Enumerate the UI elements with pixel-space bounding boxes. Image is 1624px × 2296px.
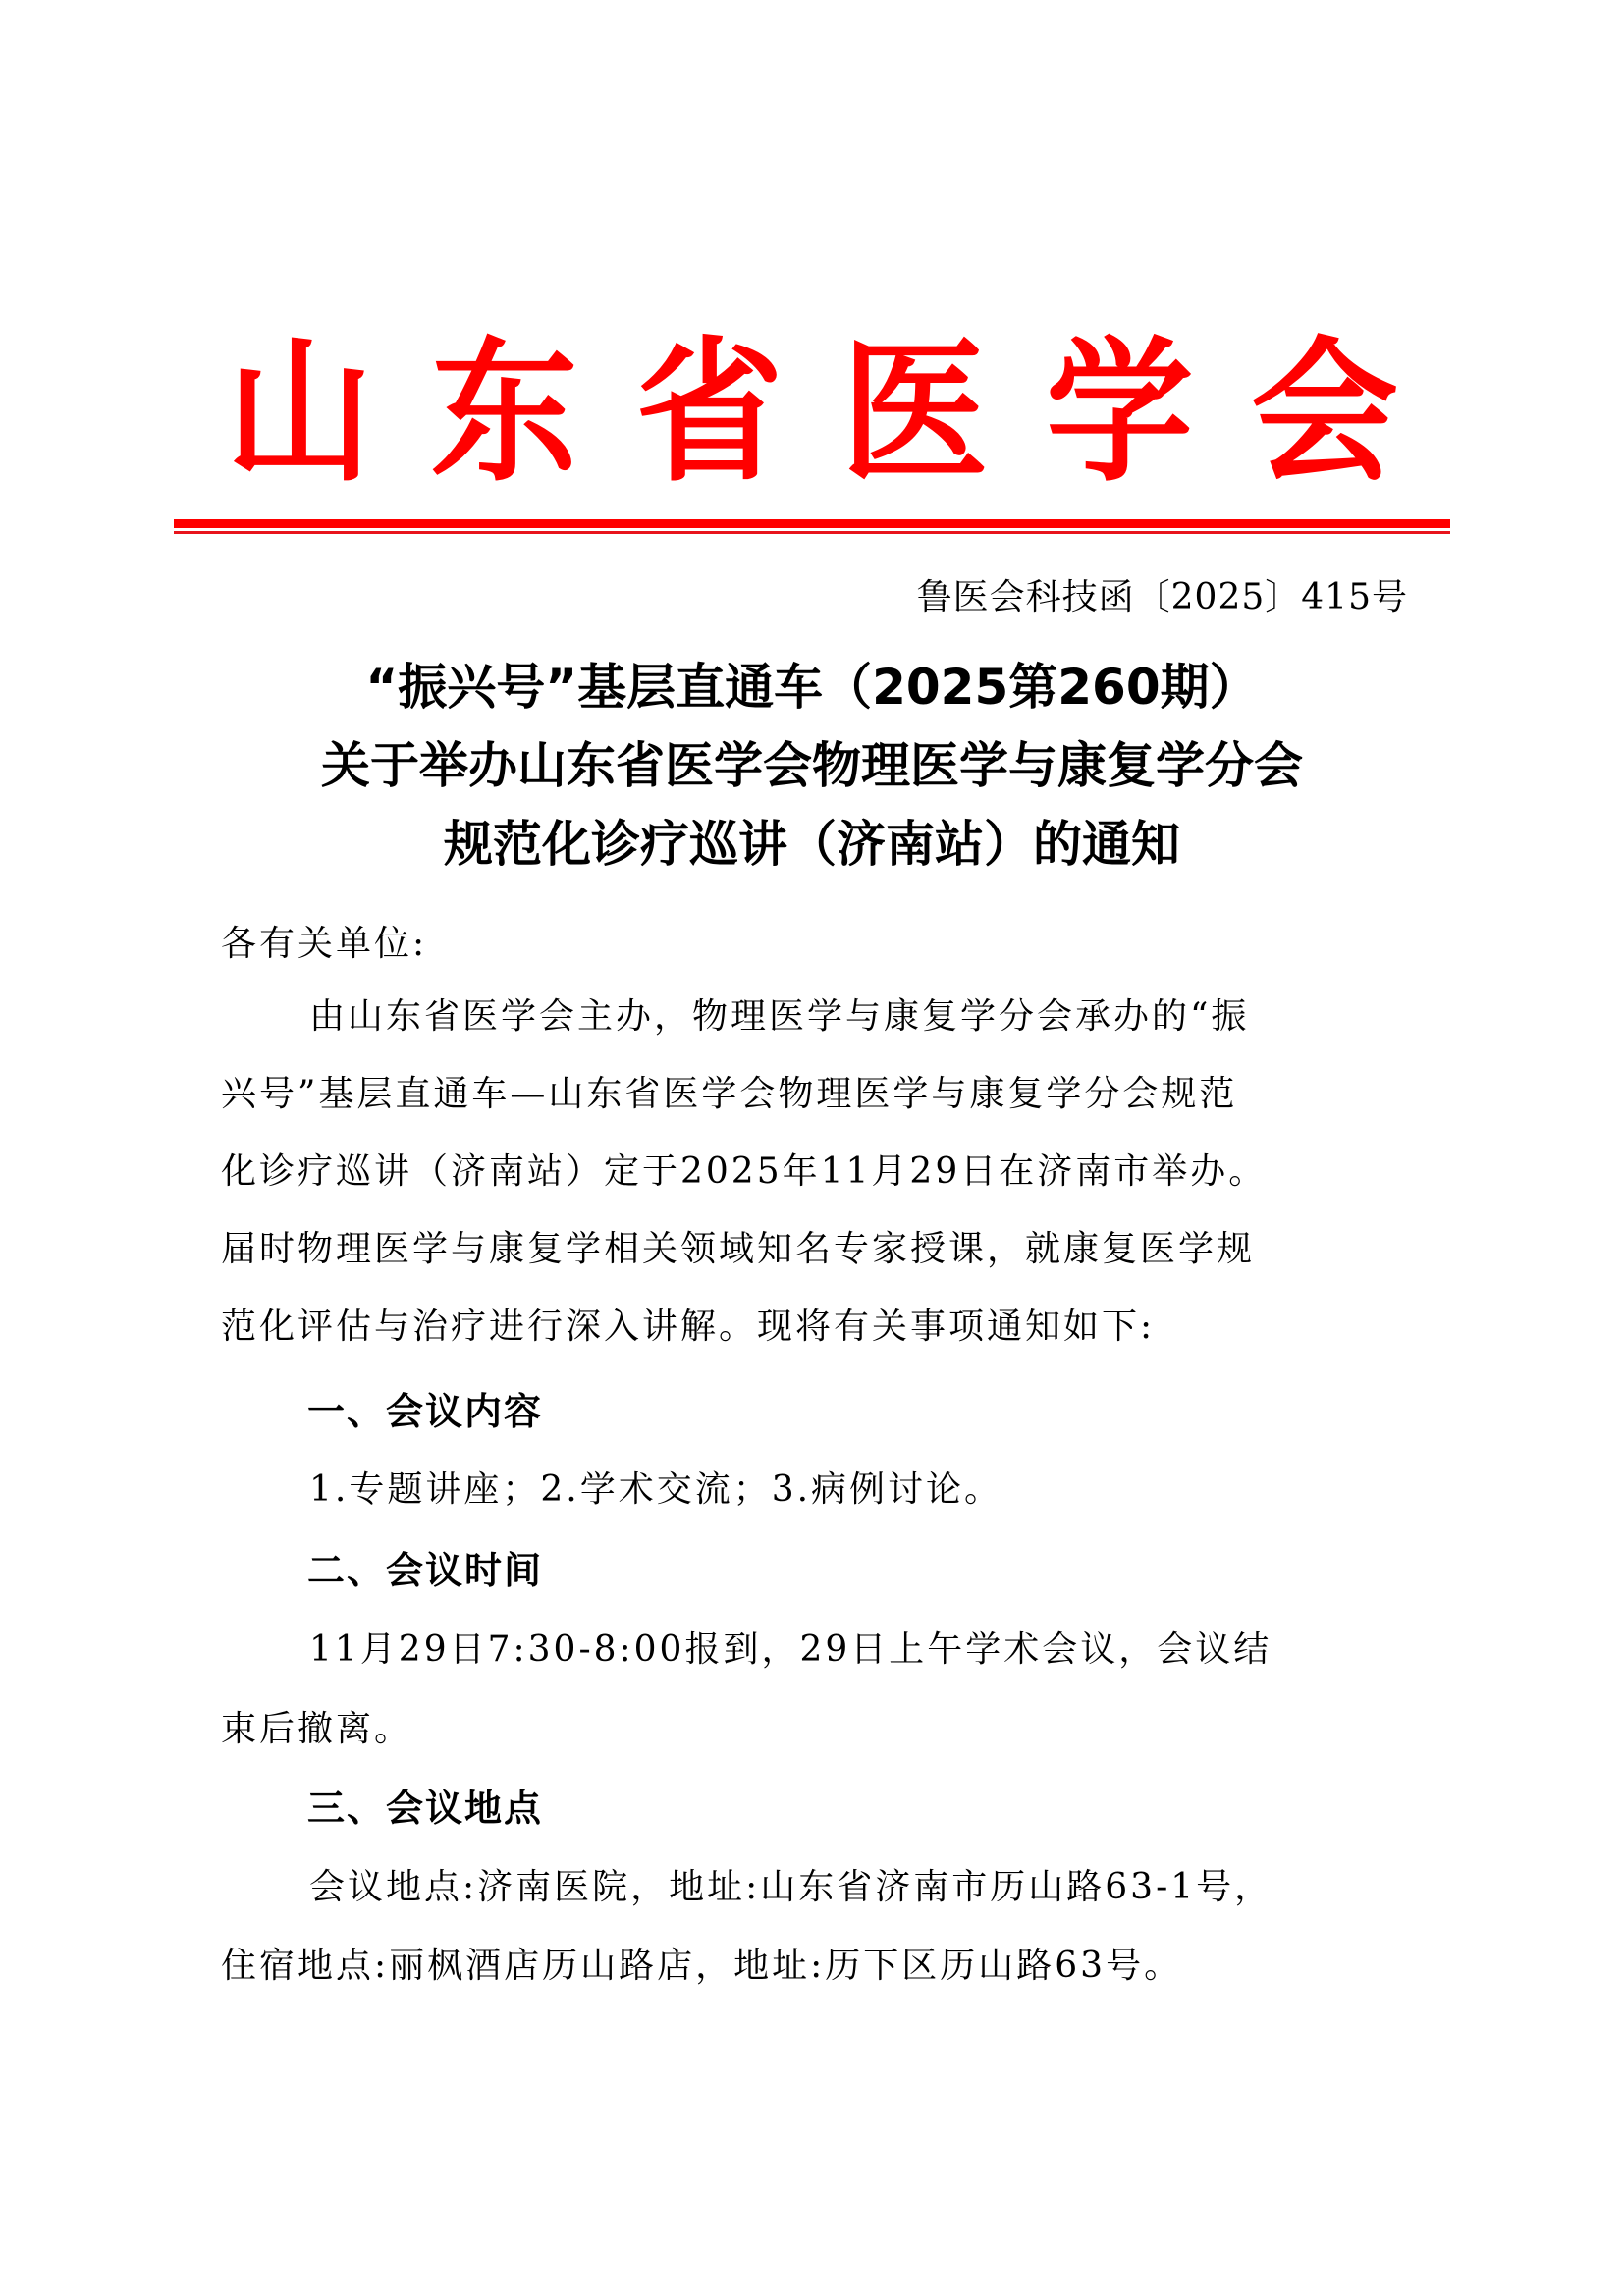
intro-line: 范化评估与治疗进行深入讲解。现将有关事项通知如下: (221, 1301, 1414, 1354)
section-line: 住宿地点:丽枫酒店历山路店，地址:历下区历山路63号。 (221, 1940, 1414, 1993)
document-page: 山 东 省 医 学 会 鲁医会科技函〔2025〕415号 “振兴号”基层直通车（… (0, 0, 1624, 2296)
masthead-org-name: 山 东 省 医 学 会 (174, 324, 1450, 501)
title-line: “振兴号”基层直通车（2025第260期） (174, 648, 1450, 726)
intro-line: 化诊疗巡讲（济南站）定于2025年11月29日在济南市举办。 (221, 1146, 1414, 1199)
masthead-divider-thick (174, 519, 1450, 528)
masthead-char: 会 (1251, 335, 1398, 490)
section-line: 1.专题讲座；2.学术交流；3.病例讨论。 (221, 1464, 1502, 1517)
masthead-char: 省 (636, 335, 784, 490)
intro-line: 届时物理医学与康复学相关领域知名专家授课，就康复医学规 (221, 1223, 1414, 1276)
section-heading-location: 三、会议地点 (307, 1782, 543, 1835)
title-line: 规范化诊疗巡讲（济南站）的通知 (174, 805, 1450, 883)
section-line: 11月29日7:30-8:00报到，29日上午学术会议，会议结 (221, 1624, 1502, 1677)
section-heading-content: 一、会议内容 (307, 1385, 543, 1438)
document-title: “振兴号”基层直通车（2025第260期） 关于举办山东省医学会物理医学与康复学… (174, 648, 1450, 883)
intro-line: 由山东省医学会主办，物理医学与康复学分会承办的“振 (221, 990, 1502, 1043)
masthead-divider-thin (174, 531, 1450, 534)
masthead-char: 东 (431, 335, 578, 490)
section-heading-time: 二、会议时间 (307, 1544, 543, 1597)
section-line: 会议地点:济南医院，地址:山东省济南市历山路63-1号， (221, 1861, 1502, 1914)
salutation: 各有关单位: (221, 918, 1414, 971)
section-line: 束后撤离。 (221, 1703, 1414, 1756)
intro-line: 兴号”基层直通车—山东省医学会物理医学与康复学分会规范 (221, 1068, 1414, 1121)
document-number: 鲁医会科技函〔2025〕415号 (917, 576, 1408, 619)
masthead-char: 医 (840, 335, 988, 490)
masthead-char: 学 (1046, 335, 1193, 490)
title-line: 关于举办山东省医学会物理医学与康复学分会 (174, 726, 1450, 805)
masthead-char: 山 (226, 335, 373, 490)
